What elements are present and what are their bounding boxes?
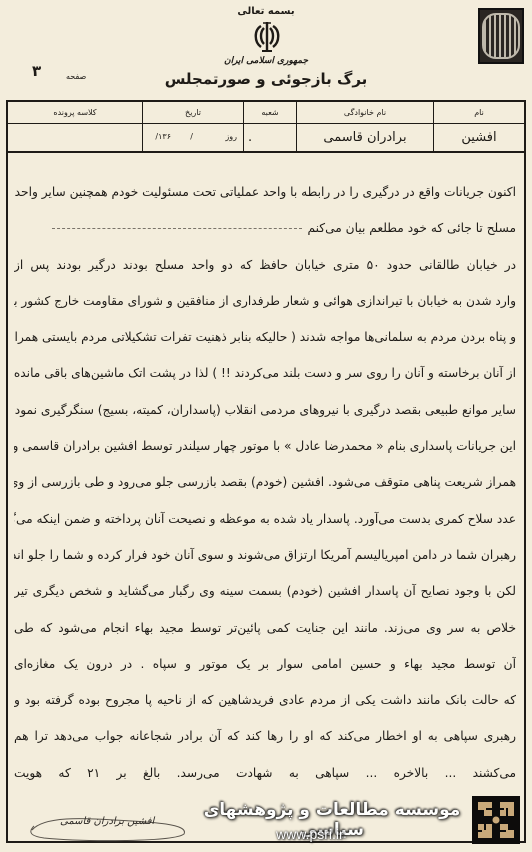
info-table-header: نام نام خانوادگی شعبه تاریخ کلاسه پرونده	[7, 101, 525, 124]
statement-line: آن توسط مجید بهاء و حسین امامی سوار بر ی…	[14, 646, 516, 682]
statement-line: خلاص به سر وی می‌زند. مانند این جنایت کم…	[14, 610, 516, 646]
statement-line: همراز شریعت پناهی متوقف می‌شود. افشین (خ…	[14, 464, 516, 500]
statement-line: اکنون جریانات واقع در درگیری را در رابطه…	[14, 174, 516, 210]
date-day-label: روز	[225, 132, 237, 141]
interrogation-document: بسمه تعالی جمهوری اسلامی ایران برگ بازجو…	[0, 0, 532, 852]
watermark-url: www.psri.ir	[276, 826, 344, 842]
first-name-value: افشین	[434, 124, 526, 153]
statement-line: می‌کشند ... بالاخره ... سپاهی به شهادت م…	[14, 755, 516, 791]
seal-stamp-icon	[478, 8, 524, 64]
stamp-emblem	[482, 13, 520, 59]
dashed-fill-line	[52, 228, 302, 229]
statement-line: از آنان برخاسته و آنان را روی سر و دست ب…	[14, 355, 516, 391]
page-number: ۳	[32, 62, 41, 80]
statement-line: رهبری سپاهی به او اخطار می‌کند که او را …	[14, 718, 516, 754]
statement-line: عدد سلاح کمری بدست می‌آورد. پاسدار یاد ش…	[14, 501, 516, 537]
branch-value: .	[244, 124, 297, 153]
statement-line: این جریانات پاسداری بنام « محمدرضا عادل …	[14, 428, 516, 464]
statement-line: مسلح تا جائی که خود مطلعم بیان می‌کنم	[14, 210, 516, 246]
statement-line: رهبران شما در دامن امپریالیسم آمریکا ارت…	[14, 537, 516, 573]
statement-text: اکنون جریانات واقع در درگیری را در رابطه…	[14, 174, 516, 791]
col-date: تاریخ	[143, 101, 244, 124]
statement-line: سایر موانع طبیعی بقصد درگیری با نیروهای …	[14, 392, 516, 428]
page-label: صفحه	[66, 72, 86, 81]
statement-line: در خیابان طالقانی حدود ۵۰ متری خیابان حا…	[14, 247, 516, 283]
col-last-name: نام خانوادگی	[297, 101, 434, 124]
col-branch: شعبه	[244, 101, 297, 124]
date-separator: /	[190, 132, 193, 141]
col-case-number: کلاسه پرونده	[7, 101, 143, 124]
statement-line: که حالت بانک مانند داشت یکی از مردم عادی…	[14, 682, 516, 718]
statement-line: و پناه بردن مردم به سلمانی‌ها مواجه شدند…	[14, 319, 516, 355]
info-table: نام نام خانوادگی شعبه تاریخ کلاسه پرونده…	[6, 100, 526, 153]
iran-emblem-icon	[252, 20, 282, 54]
psri-logo-icon	[472, 796, 520, 844]
last-name-value: برادران قاسمی	[297, 124, 434, 153]
info-table-values: افشین برادران قاسمی . روز / ۱۳۶/	[7, 124, 525, 153]
case-number-value	[7, 124, 143, 153]
republic-name: جمهوری اسلامی ایران	[0, 56, 532, 66]
statement-line: وارد شدن به خیابان با تیراندازی هوائی و …	[14, 283, 516, 319]
signature: افشین برادران قاسمی	[60, 816, 154, 827]
bismillah-heading: بسمه تعالی	[0, 6, 532, 17]
date-year: ۱۳۶/	[155, 132, 171, 141]
statement-line: لکن با وجود نصایح آن پاسدار افشین (خودم)…	[14, 573, 516, 609]
date-value: روز / ۱۳۶/	[143, 124, 244, 153]
col-first-name: نام	[434, 101, 526, 124]
